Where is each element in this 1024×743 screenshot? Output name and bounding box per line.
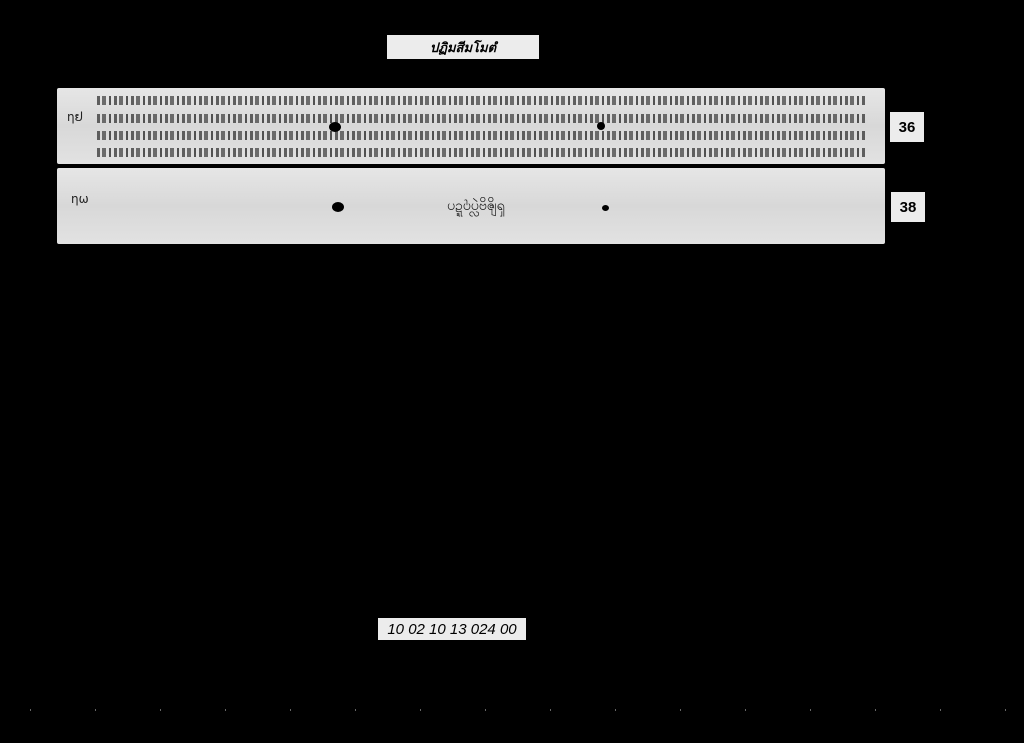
manuscript-title-label: ปฏิมสีมโมตํ bbox=[387, 35, 539, 59]
binding-hole bbox=[597, 122, 605, 130]
leaf-margin-number: ηω bbox=[71, 192, 89, 206]
leaf-index-label: 36 bbox=[890, 112, 924, 142]
script-line bbox=[97, 96, 867, 105]
palm-leaf-page-36: ηຢ bbox=[57, 88, 885, 164]
script-line bbox=[97, 114, 867, 123]
microfilm-id-label: 10 02 10 13 024 00 bbox=[378, 618, 526, 640]
film-edge-noise bbox=[0, 709, 1024, 711]
leaf-margin-number: ηຢ bbox=[67, 110, 83, 124]
palm-leaf-page-38: ηω ပဍ္ဍပႝပ္လဲဗိၛိၡ bbox=[57, 168, 885, 244]
leaf-title-caption: ပဍ္ဍပႝပ္လဲဗိၛိၡ bbox=[447, 196, 505, 217]
binding-hole bbox=[329, 122, 341, 132]
script-line bbox=[97, 131, 867, 140]
leaf-index-label: 38 bbox=[891, 192, 925, 222]
binding-hole bbox=[602, 205, 609, 211]
binding-hole bbox=[332, 202, 344, 212]
script-line bbox=[97, 148, 867, 157]
